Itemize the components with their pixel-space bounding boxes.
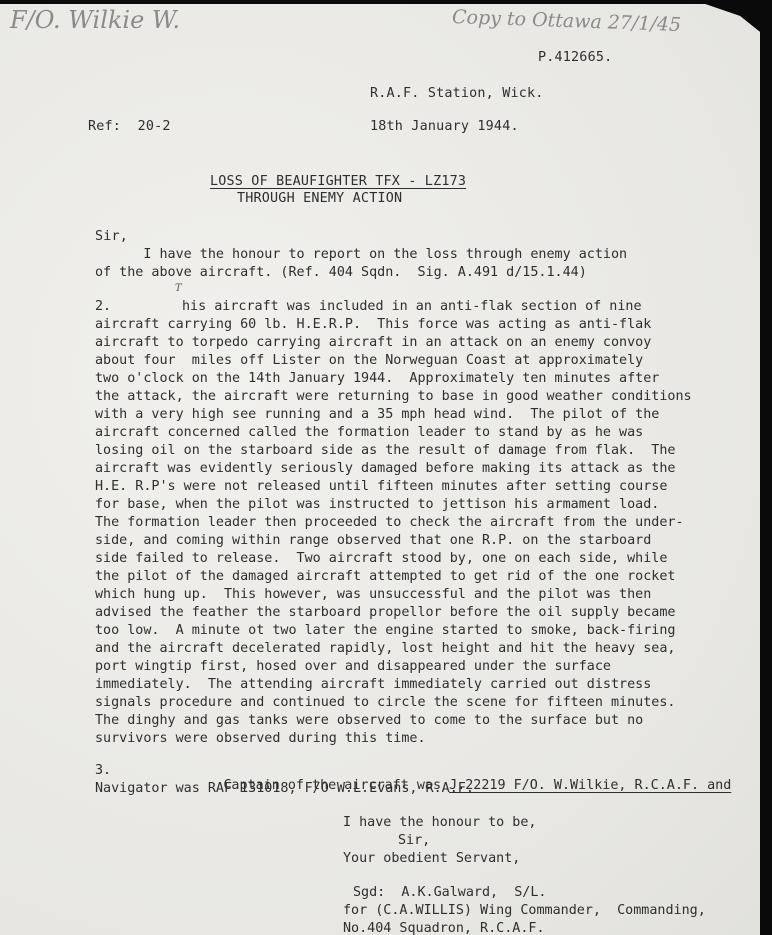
paragraph-line: about four miles off Lister on the Norwe… <box>95 353 643 368</box>
paragraph-line: signals procedure and continued to circl… <box>95 695 675 710</box>
station-address: R.A.F. Station, Wick. <box>370 86 544 101</box>
closing-line: I have the honour to be, <box>343 815 536 830</box>
paragraph-line: side failed to release. Two aircraft sto… <box>95 551 667 566</box>
salutation: Sir, <box>95 229 128 244</box>
paragraph-line: port wingtip first, hosed over and disap… <box>95 659 611 674</box>
paragraph-number: 3. <box>95 763 111 778</box>
file-number: P.412665. <box>538 50 612 65</box>
paragraph-number: 2. <box>95 299 111 314</box>
paragraph-line: losing oil on the starboard side as the … <box>95 443 675 458</box>
paragraph-line: the pilot of the damaged aircraft attemp… <box>95 569 675 584</box>
paragraph-line: aircraft carrying 60 lb. H.E.R.P. This f… <box>95 317 651 332</box>
paragraph-line: immediately. The attending aircraft imme… <box>95 677 651 692</box>
paragraph-line: for base, when the pilot was instructed … <box>95 497 659 512</box>
paragraph-line: aircraft concerned called the formation … <box>95 425 643 440</box>
paragraph-line: and the aircraft decelerated rapidly, lo… <box>95 641 675 656</box>
paragraph-line: which hung up. This however, was unsucce… <box>95 587 651 602</box>
handwritten-margin-mark: T <box>175 283 182 294</box>
reference-number: Ref: 20-2 <box>88 119 171 134</box>
document-title: LOSS OF BEAUFIGHTER TFX - LZ173 <box>210 174 466 189</box>
paragraph-line: with a very high see running and a 35 mp… <box>95 407 659 422</box>
paragraph-line: survivors were observed during this time… <box>95 731 426 746</box>
document-page: F/O. Wilkie W. Copy to Ottawa 27/1/45 P.… <box>0 4 760 935</box>
paragraph-line: of the above aircraft. (Ref. 404 Sqdn. S… <box>95 265 587 280</box>
paragraph-line: advised the feather the starboard propel… <box>95 605 675 620</box>
handwritten-copy-annotation: Copy to Ottawa 27/1/45 <box>452 6 682 36</box>
paragraph-line: Navigator was RAF 131018, F/O W.L.Evans,… <box>95 781 474 796</box>
paragraph-line: his aircraft was included in an anti-fla… <box>182 299 642 314</box>
document-subtitle: THROUGH ENEMY ACTION <box>237 191 402 206</box>
paragraph-line: The formation leader then proceeded to c… <box>95 515 684 530</box>
paragraph-line: too low. A minute ot two later the engin… <box>95 623 675 638</box>
paragraph-line: aircraft was evidently seriously damaged… <box>95 461 675 476</box>
signature-line: for (C.A.WILLIS) Wing Commander, Command… <box>343 903 706 918</box>
closing-line: Your obedient Servant, <box>343 851 520 866</box>
paragraph-line: the attack, the aircraft were returning … <box>95 389 692 404</box>
captain-details-underlined: J.22219 F/O. W.Wilkie, R.C.A.F. and <box>449 778 731 793</box>
closing-line: Sir, <box>398 833 430 848</box>
paragraph-line: side, and coming within range observed t… <box>95 533 651 548</box>
signature-line: Sgd: A.K.Galward, S/L. <box>353 885 546 900</box>
paragraph-line: aircraft to torpedo carrying aircraft in… <box>95 335 651 350</box>
paragraph-line: The dinghy and gas tanks were observed t… <box>95 713 643 728</box>
paragraph-line: H.E. R.P's were not released until fifte… <box>95 479 667 494</box>
paragraph-line: two o'clock on the 14th January 1944. Ap… <box>95 371 659 386</box>
handwritten-name-annotation: F/O. Wilkie W. <box>10 6 180 34</box>
paragraph-line: I have the honour to report on the loss … <box>95 247 627 262</box>
signature-line: No.404 Squadron, R.C.A.F. <box>343 921 545 935</box>
letter-date: 18th January 1944. <box>370 119 519 134</box>
